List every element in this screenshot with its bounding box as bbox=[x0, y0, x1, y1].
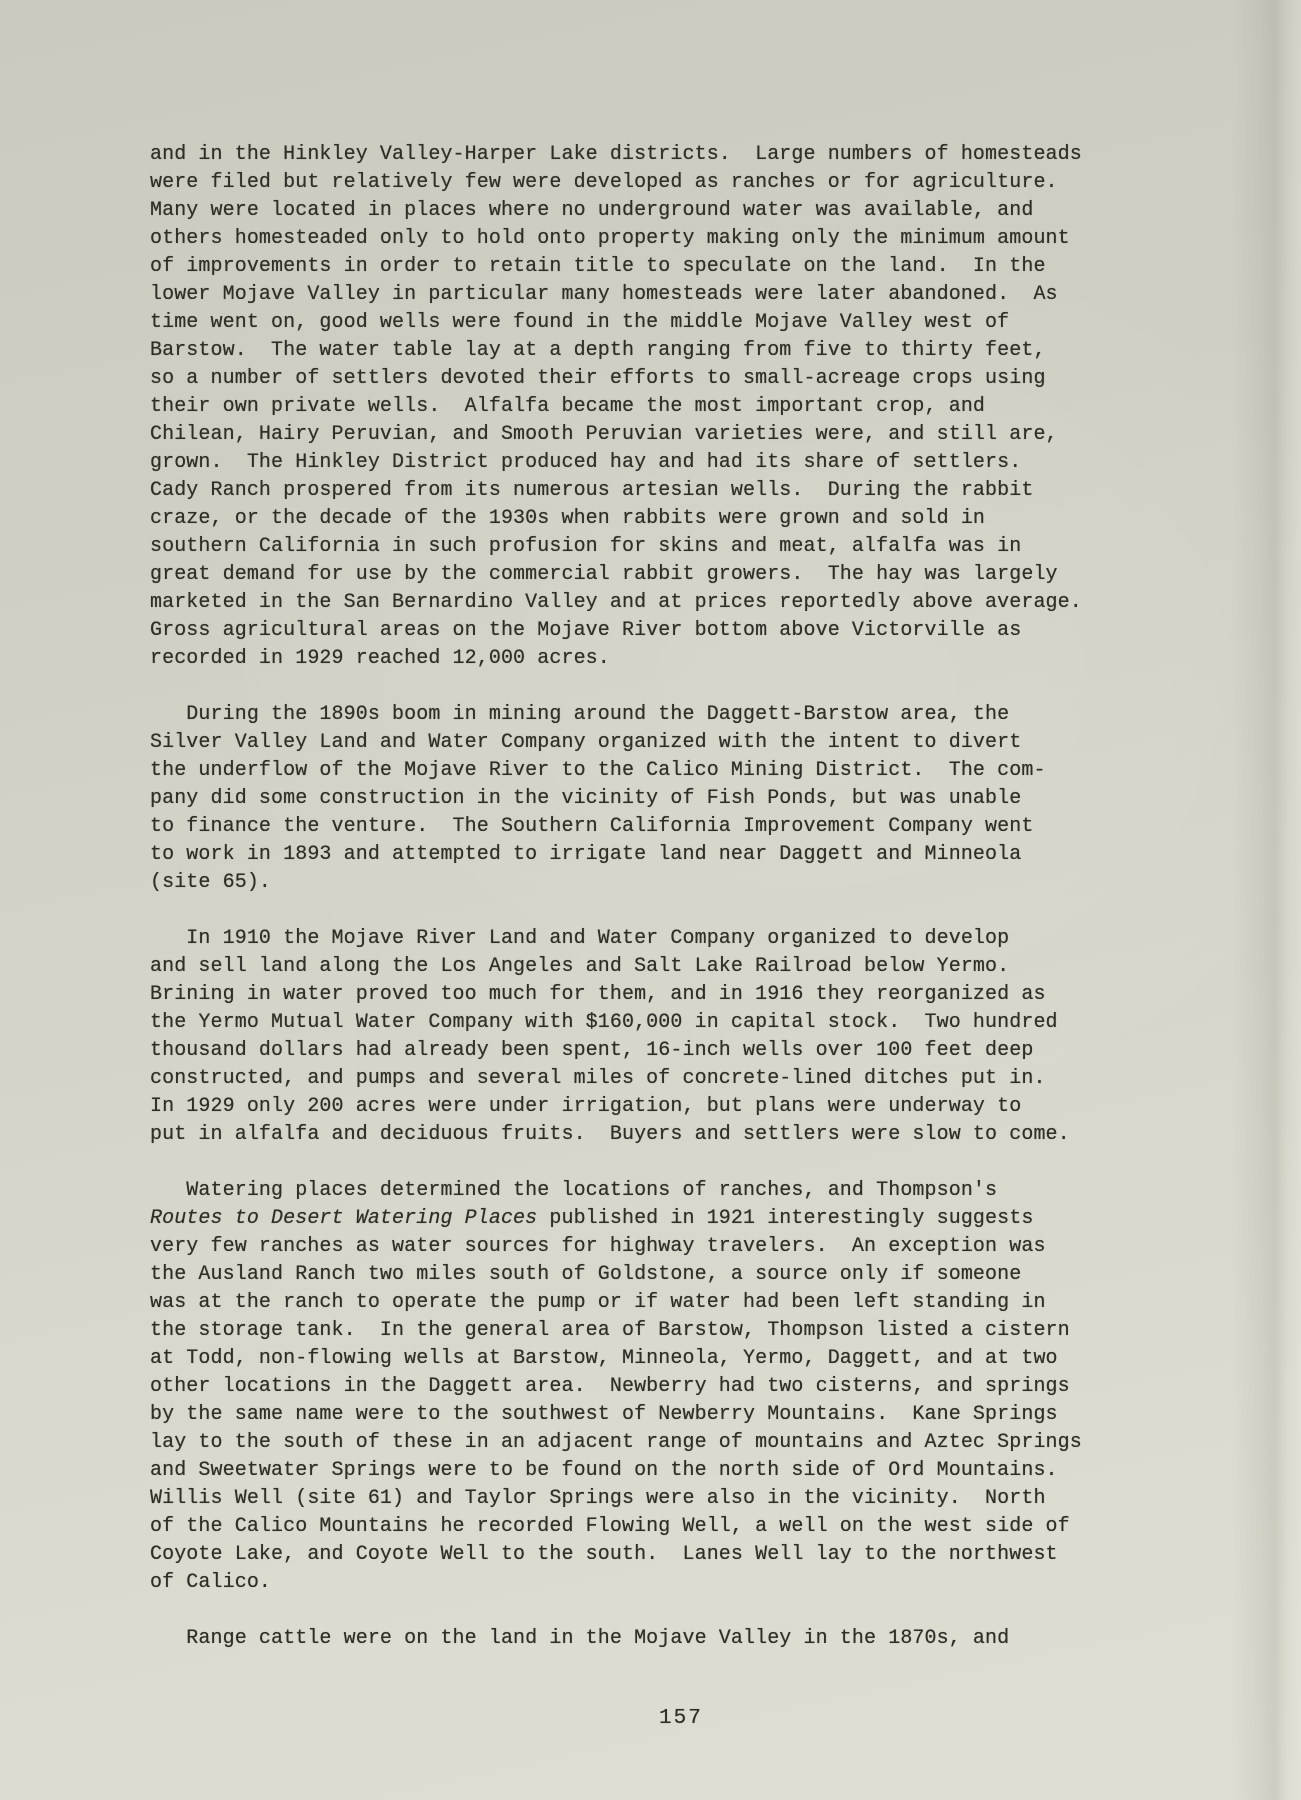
text-line: Brining in water proved too much for the… bbox=[150, 981, 1155, 1009]
text-line: time went on, good wells were found in t… bbox=[150, 309, 1155, 337]
book-title-italic: Routes to Desert Watering Places bbox=[150, 1207, 537, 1230]
text-line: Watering places determined the locations… bbox=[150, 1177, 1155, 1205]
text-line: pany did some construction in the vicini… bbox=[150, 785, 1155, 813]
text-line: During the 1890s boom in mining around t… bbox=[150, 701, 1155, 729]
text-line: Cady Ranch prospered from its numerous a… bbox=[150, 477, 1155, 505]
text-line: others homesteaded only to hold onto pro… bbox=[150, 225, 1155, 253]
text-line: the Ausland Ranch two miles south of Gol… bbox=[150, 1261, 1155, 1289]
text-line: Barstow. The water table lay at a depth … bbox=[150, 337, 1155, 365]
text-line: the Yermo Mutual Water Company with $160… bbox=[150, 1009, 1155, 1037]
text-line: the storage tank. In the general area of… bbox=[150, 1317, 1155, 1345]
text-line: grown. The Hinkley District produced hay… bbox=[150, 449, 1155, 477]
text-line: of the Calico Mountains he recorded Flow… bbox=[150, 1513, 1155, 1541]
text-line: to finance the venture. The Southern Cal… bbox=[150, 813, 1155, 841]
text-line: Many were located in places where no und… bbox=[150, 197, 1155, 225]
text-line: (site 65). bbox=[150, 869, 1155, 897]
text-line: Willis Well (site 61) and Taylor Springs… bbox=[150, 1485, 1155, 1513]
text-line: great demand for use by the commercial r… bbox=[150, 561, 1155, 589]
text-line: southern California in such profusion fo… bbox=[150, 533, 1155, 561]
text-line: the underflow of the Mojave River to the… bbox=[150, 757, 1155, 785]
text-line: Coyote Lake, and Coyote Well to the sout… bbox=[150, 1541, 1155, 1569]
text-line: lay to the south of these in an adjacent… bbox=[150, 1429, 1155, 1457]
text-line: In 1929 only 200 acres were under irriga… bbox=[150, 1093, 1155, 1121]
text-line: marketed in the San Bernardino Valley an… bbox=[150, 589, 1155, 617]
text-line: and Sweetwater Springs were to be found … bbox=[150, 1457, 1155, 1485]
text-line: thousand dollars had already been spent,… bbox=[150, 1037, 1155, 1065]
text-line: Silver Valley Land and Water Company org… bbox=[150, 729, 1155, 757]
text-line: of improvements in order to retain title… bbox=[150, 253, 1155, 281]
text-line: recorded in 1929 reached 12,000 acres. bbox=[150, 645, 1155, 673]
text-line: and in the Hinkley Valley-Harper Lake di… bbox=[150, 141, 1155, 169]
text-line: to work in 1893 and attempted to irrigat… bbox=[150, 841, 1155, 869]
text-line: and sell land along the Los Angeles and … bbox=[150, 953, 1155, 981]
text-line: by the same name were to the southwest o… bbox=[150, 1401, 1155, 1429]
text-line: Gross agricultural areas on the Mojave R… bbox=[150, 617, 1155, 645]
text-line: Chilean, Hairy Peruvian, and Smooth Peru… bbox=[150, 421, 1155, 449]
paragraph: and in the Hinkley Valley-Harper Lake di… bbox=[150, 141, 1155, 673]
scanned-page: and in the Hinkley Valley-Harper Lake di… bbox=[0, 0, 1301, 1800]
text-segment: published in 1921 interestingly suggests bbox=[537, 1207, 1033, 1230]
text-line: so a number of settlers devoted their ef… bbox=[150, 365, 1155, 393]
text-line: their own private wells. Alfalfa became … bbox=[150, 393, 1155, 421]
text-line: other locations in the Daggett area. New… bbox=[150, 1373, 1155, 1401]
paragraph: Watering places determined the locations… bbox=[150, 1177, 1155, 1597]
text-line: was at the ranch to operate the pump or … bbox=[150, 1289, 1155, 1317]
paragraph: In 1910 the Mojave River Land and Water … bbox=[150, 925, 1155, 1149]
text-line: lower Mojave Valley in particular many h… bbox=[150, 281, 1155, 309]
page-body-text: and in the Hinkley Valley-Harper Lake di… bbox=[150, 141, 1155, 1653]
text-line: In 1910 the Mojave River Land and Water … bbox=[150, 925, 1155, 953]
text-line: of Calico. bbox=[150, 1569, 1155, 1597]
text-line: Routes to Desert Watering Places publish… bbox=[150, 1205, 1155, 1233]
text-line: constructed, and pumps and several miles… bbox=[150, 1065, 1155, 1093]
paragraph: During the 1890s boom in mining around t… bbox=[150, 701, 1155, 897]
text-line: put in alfalfa and deciduous fruits. Buy… bbox=[150, 1121, 1155, 1149]
text-line: were filed but relatively few were devel… bbox=[150, 169, 1155, 197]
page-number: 157 bbox=[659, 1705, 703, 1733]
text-line: craze, or the decade of the 1930s when r… bbox=[150, 505, 1155, 533]
paragraph: Range cattle were on the land in the Moj… bbox=[150, 1625, 1155, 1653]
text-line: Range cattle were on the land in the Moj… bbox=[150, 1625, 1155, 1653]
text-line: at Todd, non-flowing wells at Barstow, M… bbox=[150, 1345, 1155, 1373]
text-line: very few ranches as water sources for hi… bbox=[150, 1233, 1155, 1261]
